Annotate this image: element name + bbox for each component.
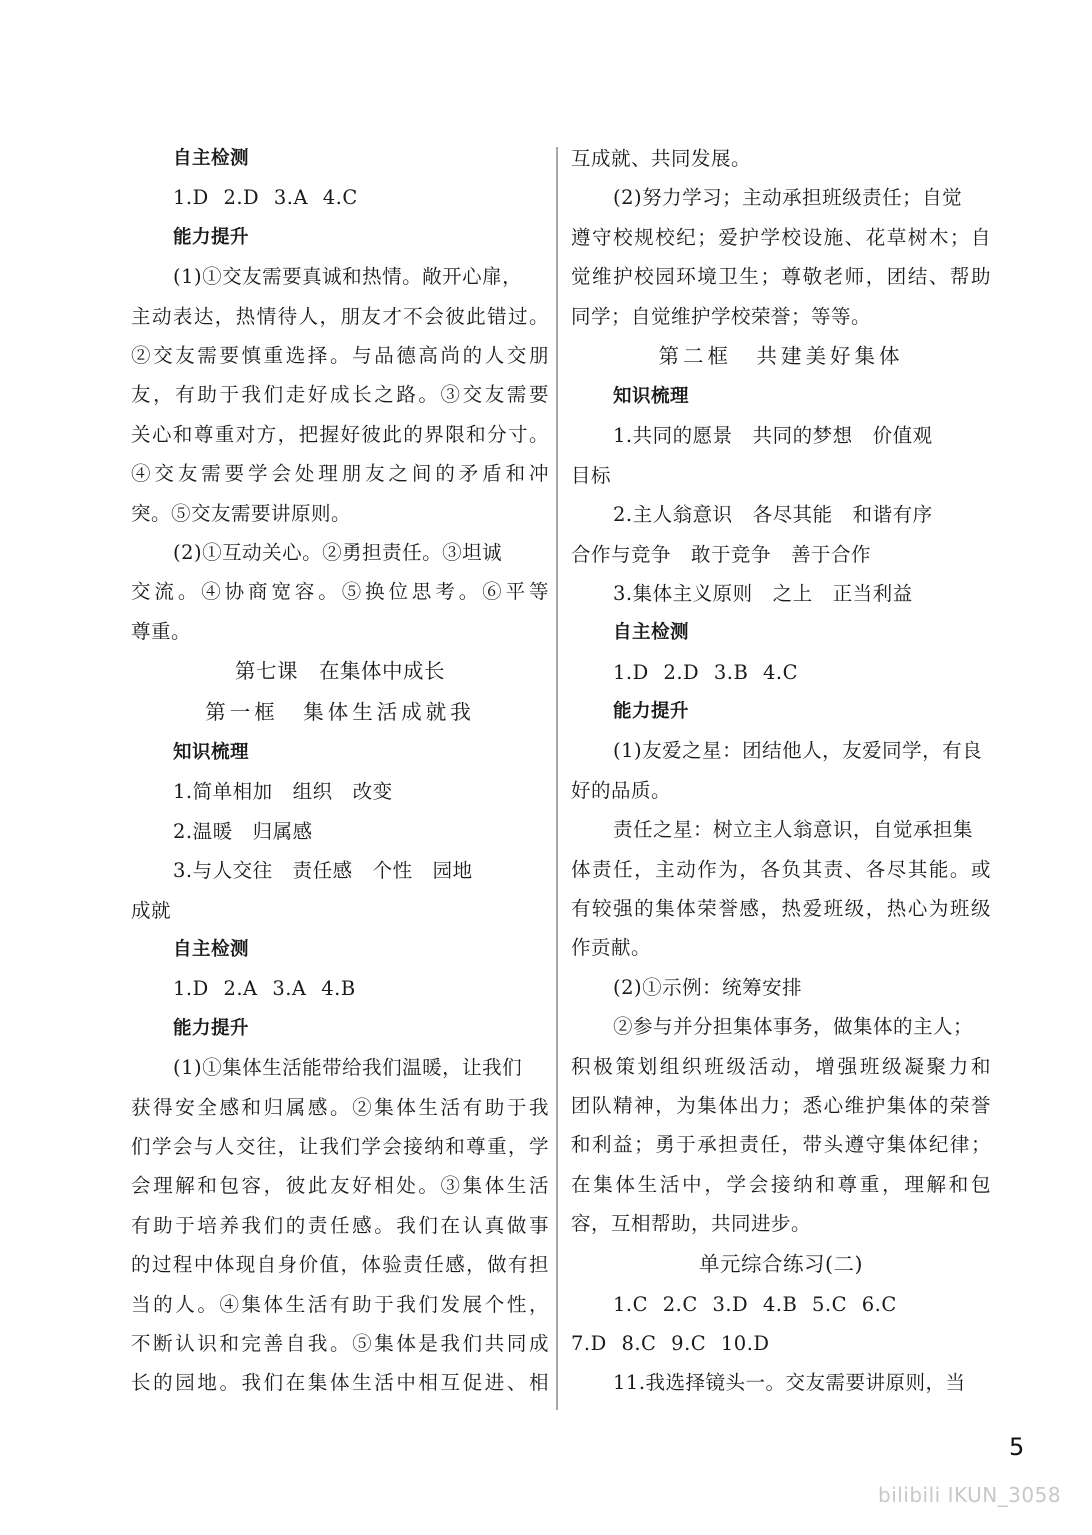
paragraph-line: 当的人。④集体生活有助于我们发展个性， — [131, 1285, 549, 1324]
paragraph-line: (2)①互动关心。②勇担责任。③坦诚 — [131, 533, 549, 572]
section-heading: 自主检测 — [131, 139, 549, 178]
paragraph-line: 作贡献。 — [571, 928, 991, 967]
paragraph-line: 2.主人翁意识 各尽其能 和谐有序 — [571, 495, 991, 534]
answer-key: 7.D 8.C 9.C 10.D — [571, 1324, 991, 1363]
section-heading: 自主检测 — [571, 613, 991, 652]
paragraph-line: ④交友需要学会处理朋友之间的矛盾和冲 — [131, 454, 549, 493]
paragraph-line: ②参与并分担集体事务，做集体的主人； — [571, 1007, 991, 1046]
paragraph-line: 目标 — [571, 456, 991, 495]
paragraph-line: (2)①示例：统筹安排 — [571, 968, 991, 1007]
paragraph-line: 们学会与人交往，让我们学会接纳和尊重，学 — [131, 1127, 549, 1166]
paragraph-line: 同学；自觉维护学校荣誉；等等。 — [571, 297, 991, 336]
paragraph-line: 容，互相帮助，共同进步。 — [571, 1204, 991, 1243]
answer-key: 1.C 2.C 3.D 4.B 5.C 6.C — [571, 1285, 991, 1324]
section-heading: 知识梳理 — [571, 377, 991, 416]
paragraph-line: 遵守校规校纪；爱护学校设施、花草树木；自 — [571, 218, 991, 257]
section-title: 第一框 集体生活成就我 — [131, 692, 549, 733]
paragraph-line: 会理解和包容，彼此友好相处。③集体生活 — [131, 1166, 549, 1205]
paragraph-line: 觉维护校园环境卫生；尊敬老师，团结、帮助 — [571, 257, 991, 296]
paragraph-line: 有较强的集体荣誉感，热爱班级，热心为班级 — [571, 889, 991, 928]
section-heading: 能力提升 — [131, 1009, 549, 1048]
paragraph-line: 关心和尊重对方，把握好彼此的界限和分寸。 — [131, 415, 549, 454]
lesson-title: 单元综合练习(二) — [571, 1244, 991, 1285]
paragraph-line: 11.我选择镜头一。交友需要讲原则，当 — [571, 1363, 991, 1402]
paragraph-line: 3.集体主义原则 之上 正当利益 — [571, 574, 991, 613]
paragraph-line: 有助于培养我们的责任感。我们在认真做事 — [131, 1206, 549, 1245]
section-heading: 能力提升 — [131, 218, 549, 257]
section-title: 第二框 共建美好集体 — [571, 336, 991, 377]
paragraph-line: ②交友需要慎重选择。与品德高尚的人交朋 — [131, 336, 549, 375]
section-heading: 知识梳理 — [131, 733, 549, 772]
paragraph-line: (1)友爱之星：团结他人，友爱同学，有良 — [571, 731, 991, 770]
paragraph-line: 突。⑤交友需要讲原则。 — [131, 494, 549, 533]
paragraph-line: 主动表达，热情待人，朋友才不会彼此错过。 — [131, 297, 549, 336]
paragraph-line: 好的品质。 — [571, 771, 991, 810]
paragraph-line: 和利益；勇于承担责任，带头遵守集体纪律； — [571, 1125, 991, 1164]
paragraph-line: 尊重。 — [131, 612, 549, 651]
paragraph-line: 成就 — [131, 891, 549, 930]
paragraph-line: (1)①交友需要真诚和热情。敞开心扉， — [131, 257, 549, 296]
answer-key: 1.D 2.D 3.B 4.C — [571, 653, 991, 692]
paragraph-line: 合作与竞争 敢于竞争 善于合作 — [571, 535, 991, 574]
left-column: 自主检测1.D 2.D 3.A 4.C能力提升(1)①交友需要真诚和热情。敞开心… — [131, 139, 549, 1403]
paragraph-line: 1.简单相加 组织 改变 — [131, 772, 549, 811]
paragraph-line: 的过程中体现自身价值，体验责任感，做有担 — [131, 1245, 549, 1284]
paragraph-line: 在集体生活中，学会接纳和尊重，理解和包 — [571, 1165, 991, 1204]
right-column: 互成就、共同发展。(2)努力学习；主动承担班级责任；自觉遵守校规校纪；爱护学校设… — [571, 139, 991, 1403]
section-heading: 能力提升 — [571, 692, 991, 731]
lesson-title: 第七课 在集体中成长 — [131, 651, 549, 692]
paragraph-line: 体责任，主动作为，各负其责、各尽其能。或 — [571, 850, 991, 889]
section-heading: 自主检测 — [131, 930, 549, 969]
paragraph-line: 交流。④协商宽容。⑤换位思考。⑥平等 — [131, 572, 549, 611]
paragraph-line: 1.共同的愿景 共同的梦想 价值观 — [571, 416, 991, 455]
paragraph-line: 长的园地。我们在集体生活中相互促进、相 — [131, 1363, 549, 1402]
paragraph-line: 不断认识和完善自我。⑤集体是我们共同成 — [131, 1324, 549, 1363]
paragraph-line: 积极策划组织班级活动，增强班级凝聚力和 — [571, 1047, 991, 1086]
paragraph-line: 责任之星：树立主人翁意识，自觉承担集 — [571, 810, 991, 849]
paragraph-line: 获得安全感和归属感。②集体生活有助于我 — [131, 1088, 549, 1127]
paragraph-line: 互成就、共同发展。 — [571, 139, 991, 178]
answer-key: 1.D 2.D 3.A 4.C — [131, 178, 549, 217]
column-divider — [556, 147, 558, 1410]
watermark: bilibili IKUN_3058 — [878, 1483, 1061, 1507]
page-number: 5 — [1009, 1433, 1024, 1461]
paragraph-line: 团队精神，为集体出力；悉心维护集体的荣誉 — [571, 1086, 991, 1125]
answer-key: 1.D 2.A 3.A 4.B — [131, 969, 549, 1008]
paragraph-line: 2.温暖 归属感 — [131, 812, 549, 851]
paragraph-line: 友，有助于我们走好成长之路。③交友需要 — [131, 375, 549, 414]
paragraph-line: 3.与人交往 责任感 个性 园地 — [131, 851, 549, 890]
paragraph-line: (2)努力学习；主动承担班级责任；自觉 — [571, 178, 991, 217]
paragraph-line: (1)①集体生活能带给我们温暖，让我们 — [131, 1048, 549, 1087]
